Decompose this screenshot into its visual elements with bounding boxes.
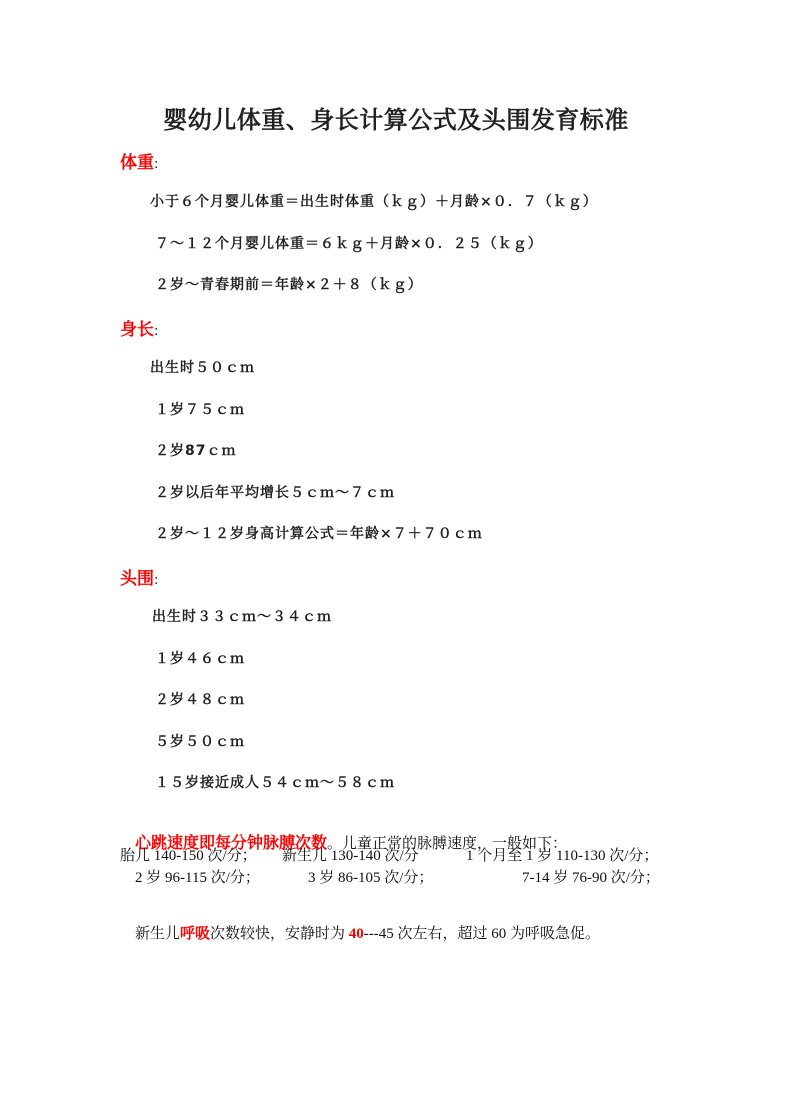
head-line-1: 出生时３３ｃｍ～３４ｃｍ bbox=[152, 606, 332, 626]
section-heading-height: 身长: bbox=[120, 315, 158, 340]
pulse-row1-col2: 新生儿 130-140 次/分 bbox=[282, 844, 419, 865]
breathing-line: 新生儿呼吸次数较快，安静时为 40---45 次左右，超过 60 为呼吸急促。 bbox=[120, 905, 600, 960]
weight-line-2: ７～１２个月婴儿体重＝６ｋｇ＋月龄×０．２５（ｋｇ） bbox=[155, 233, 543, 253]
head-line-5: １５岁接近成人５４ｃｍ～５８ｃｍ bbox=[155, 772, 395, 792]
page-title: 婴幼儿体重、身长计算公式及头围发育标准 bbox=[0, 100, 792, 135]
height-line-3: ２岁87ｃｍ bbox=[155, 440, 236, 460]
height-line-2: １岁７５ｃｍ bbox=[155, 399, 245, 419]
pulse-row2-col3: 7-14 岁 76-90 次/分； bbox=[522, 866, 660, 887]
heading-label: 体重 bbox=[120, 153, 154, 173]
breath-suffix: ---45 次左右，超过 60 为呼吸急促。 bbox=[364, 926, 600, 942]
height-line-4: ２岁以后年平均增长５ｃｍ～７ｃｍ bbox=[155, 482, 395, 502]
weight-line-3: ２岁～青春期前＝年龄×２＋８（ｋｇ） bbox=[155, 274, 423, 294]
document-page: 婴幼儿体重、身长计算公式及头围发育标准 体重: 小于６个月婴儿体重＝出生时体重（… bbox=[0, 0, 792, 1120]
heading-colon: : bbox=[154, 573, 158, 588]
heading-colon: : bbox=[154, 157, 158, 172]
head-line-2: １岁４６ｃｍ bbox=[155, 648, 245, 668]
weight-line-1: 小于６个月婴儿体重＝出生时体重（ｋｇ）＋月龄×０．７（ｋｇ） bbox=[150, 191, 598, 211]
heading-label: 身长 bbox=[120, 320, 154, 340]
heading-colon: : bbox=[154, 324, 158, 339]
section-heading-head: 头围: bbox=[120, 564, 158, 589]
pulse-row1-col3: 1 个月至 1 岁 110-130 次/分； bbox=[466, 844, 658, 865]
breath-highlight: 呼吸 bbox=[180, 926, 210, 942]
head-line-4: ５岁５０ｃｍ bbox=[155, 731, 245, 751]
head-line-3: ２岁４８ｃｍ bbox=[155, 689, 245, 709]
pulse-row1-col1: 胎儿 140-150 次/分； bbox=[120, 844, 257, 865]
section-heading-weight: 体重: bbox=[120, 148, 158, 173]
breath-number-highlight: 40 bbox=[349, 926, 364, 942]
heading-label: 头围 bbox=[120, 569, 154, 589]
breath-mid: 次数较快，安静时为 bbox=[210, 926, 349, 942]
pulse-row2-col1: 2 岁 96-115 次/分； bbox=[135, 866, 260, 887]
height-line-5: ２岁～１２岁身高计算公式＝年龄×７＋７０ｃｍ bbox=[155, 523, 483, 543]
breath-prefix: 新生儿 bbox=[135, 926, 180, 942]
pulse-row2-col2: 3 岁 86-105 次/分； bbox=[308, 866, 433, 887]
height-line-1: 出生时５０ｃｍ bbox=[150, 357, 255, 377]
